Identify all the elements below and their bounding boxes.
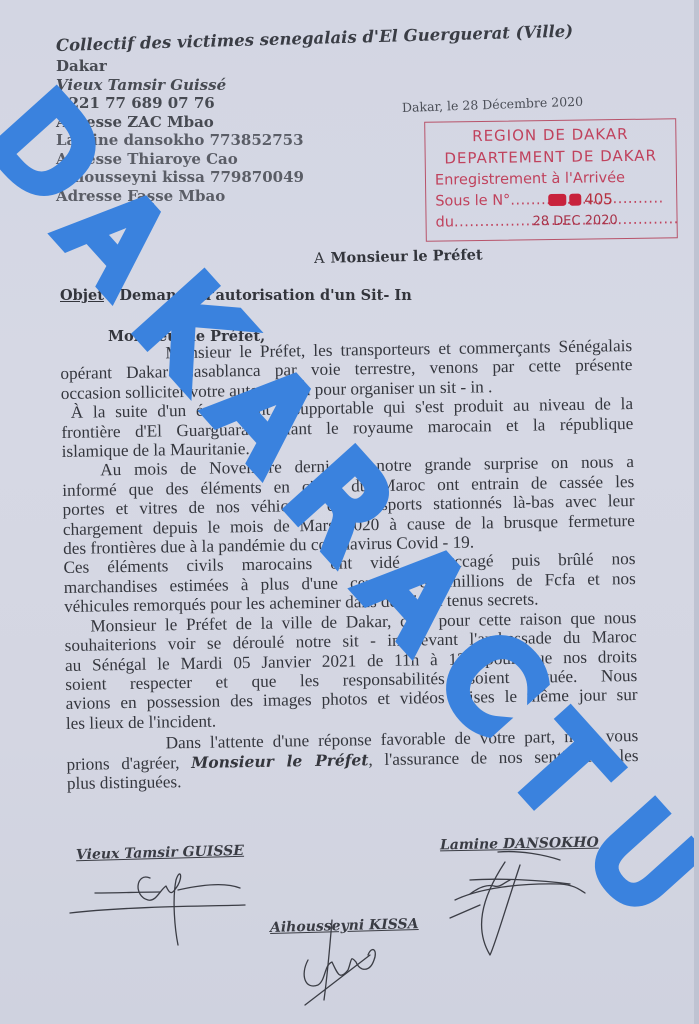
signatory-name: Vieux Tamsir GUISSE (76, 843, 244, 863)
closing-emphasis: Monsieur le Préfet (191, 750, 369, 772)
stamp-date-row: du......................................… (426, 209, 676, 233)
sender-line: Vieux Tamsir Guissé (56, 76, 596, 95)
stamp-department: DEPARTEMENT DE DAKAR (426, 144, 676, 169)
letter-body: Monsieur le Préfet, les transporteurs et… (60, 336, 639, 793)
ink-blot (548, 194, 566, 206)
sender-line: Dakar (56, 57, 596, 76)
stamp-number-value: 405 (584, 190, 613, 208)
stamp-date-label: du (435, 214, 454, 230)
body-paragraphs: Monsieur le Préfet, les transporteurs et… (60, 336, 638, 733)
stamp-number-handwritten: 405 (548, 189, 613, 211)
scanned-letter-page: Collectif des victimes senegalais d'El G… (0, 0, 699, 1024)
closing-text: , l'assurance de nos sentiments les (368, 745, 638, 768)
signatory-name: Aihousseyni KISSA (270, 916, 419, 936)
registration-stamp: REGION DE DAKAR DEPARTEMENT DE DAKAR Enr… (424, 118, 678, 242)
subject-text: Demande d'autorisation d'un Sit- In (119, 287, 411, 304)
recipient-prefix: A (314, 251, 325, 267)
signature-dansokho (450, 852, 585, 955)
subject-separator: : (104, 287, 119, 304)
ink-blot (569, 194, 581, 206)
watermark-letter: U (570, 787, 699, 930)
closing-text: prions d'agréer, (66, 753, 191, 774)
subject-line: Objet : Demande d'autorisation d'un Sit-… (60, 287, 412, 304)
signatory-name: Lamine DANSOKHO (440, 835, 599, 854)
subject-label: Objet (60, 287, 104, 304)
recipient-line: AMonsieur le Préfet (314, 246, 483, 267)
stamp-number-label: Sous le N° (435, 193, 510, 210)
stamp-date-value: 28 DEC 2020 (532, 210, 617, 232)
recipient-name: Monsieur le Préfet (330, 246, 482, 266)
signature-guisse (70, 874, 245, 945)
sender-organization: Collectif des victimes senegalais d'El G… (56, 21, 596, 55)
